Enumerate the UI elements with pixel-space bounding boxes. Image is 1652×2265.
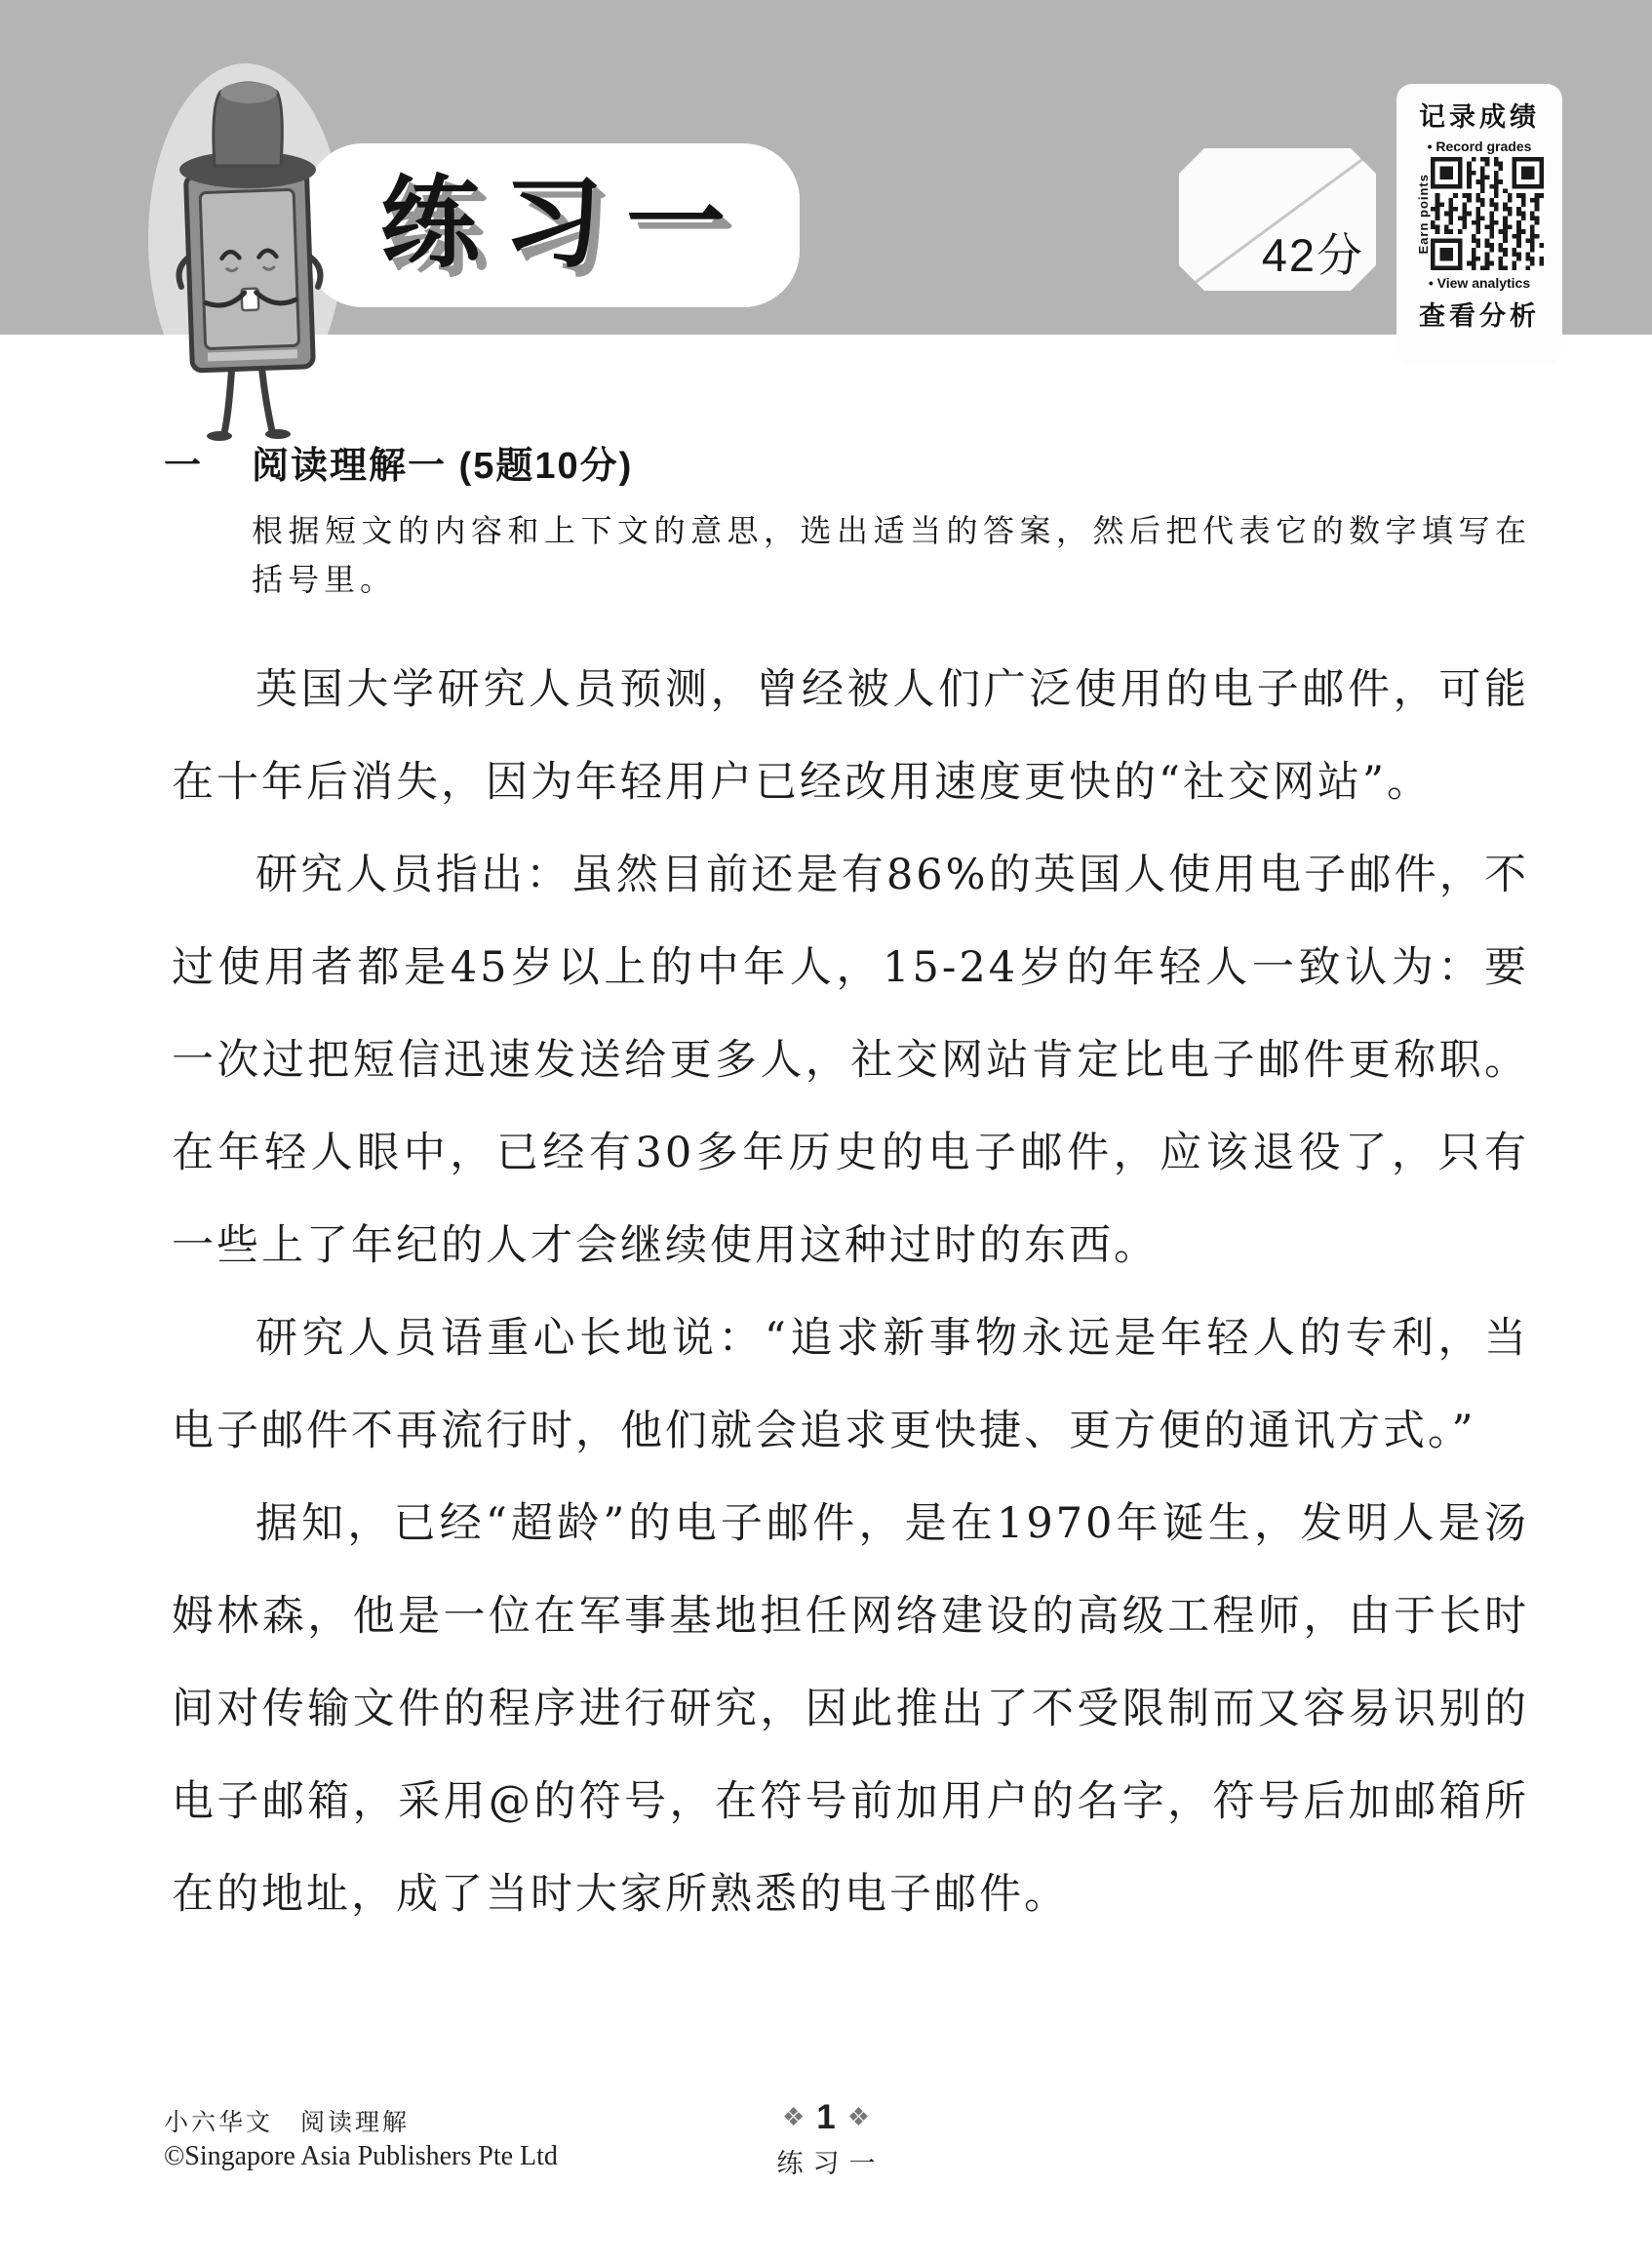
footer-page-block: ❖1❖ 练习一 xyxy=(0,2097,1652,2180)
mascot-book-character-illustration xyxy=(142,49,355,444)
qr-earn-points-label: Earn points xyxy=(1416,174,1431,255)
flower-ornament-icon: ❖ xyxy=(782,2102,805,2131)
qr-feature-record-grades: • Record grades xyxy=(1428,139,1532,154)
passage-paragraph: 英国大学研究人员预测，曾经被人们广泛使用的电子邮件，可能在十年后消失，因为年轻用… xyxy=(172,644,1529,829)
footer-exercise-label: 练习一 xyxy=(0,2142,1652,2180)
flower-ornament-icon: ❖ xyxy=(847,2102,870,2131)
workbook-page: 练习一 42分 记录成绩 • Record grades Earn points xyxy=(0,0,1652,2265)
passage-paragraph: 研究人员指出：虽然目前还是有86%的英国人使用电子邮件，不过使用者都是45岁以上… xyxy=(172,829,1529,1292)
reading-passage: 英国大学研究人员预测，曾经被人们广泛使用的电子邮件，可能在十年后消失，因为年轻用… xyxy=(172,644,1529,1941)
page-number-row: ❖1❖ xyxy=(0,2097,1652,2137)
page-number: 1 xyxy=(816,2098,835,2136)
score-total: 42分 xyxy=(1262,219,1364,285)
qr-row: Earn points xyxy=(1416,157,1544,270)
passage-paragraph: 据知，已经“超龄”的电子邮件，是在1970年诞生，发明人是汤姆林森，他是一位在军… xyxy=(172,1478,1529,1941)
qr-feature-view-analytics: • View analytics xyxy=(1429,275,1530,291)
instructions-text: 根据短文的内容和上下文的意思，选出适当的答案，然后把代表它的数字填写在括号里。 xyxy=(252,506,1531,604)
score-box: 42分 xyxy=(1179,148,1376,291)
qr-panel: 记录成绩 • Record grades Earn points • View … xyxy=(1396,84,1562,365)
passage-paragraph: 研究人员语重心长地说：“追求新事物永远是年轻人的专利，当电子邮件不再流行时，他们… xyxy=(172,1292,1529,1478)
qr-code xyxy=(1431,157,1544,270)
qr-title-view-analysis-cn: 查看分析 xyxy=(1419,295,1540,333)
qr-title-record-grades-cn: 记录成绩 xyxy=(1419,96,1540,134)
exercise-title: 练习一 xyxy=(306,143,800,303)
exercise-title-banner: 练习一 xyxy=(306,143,800,307)
